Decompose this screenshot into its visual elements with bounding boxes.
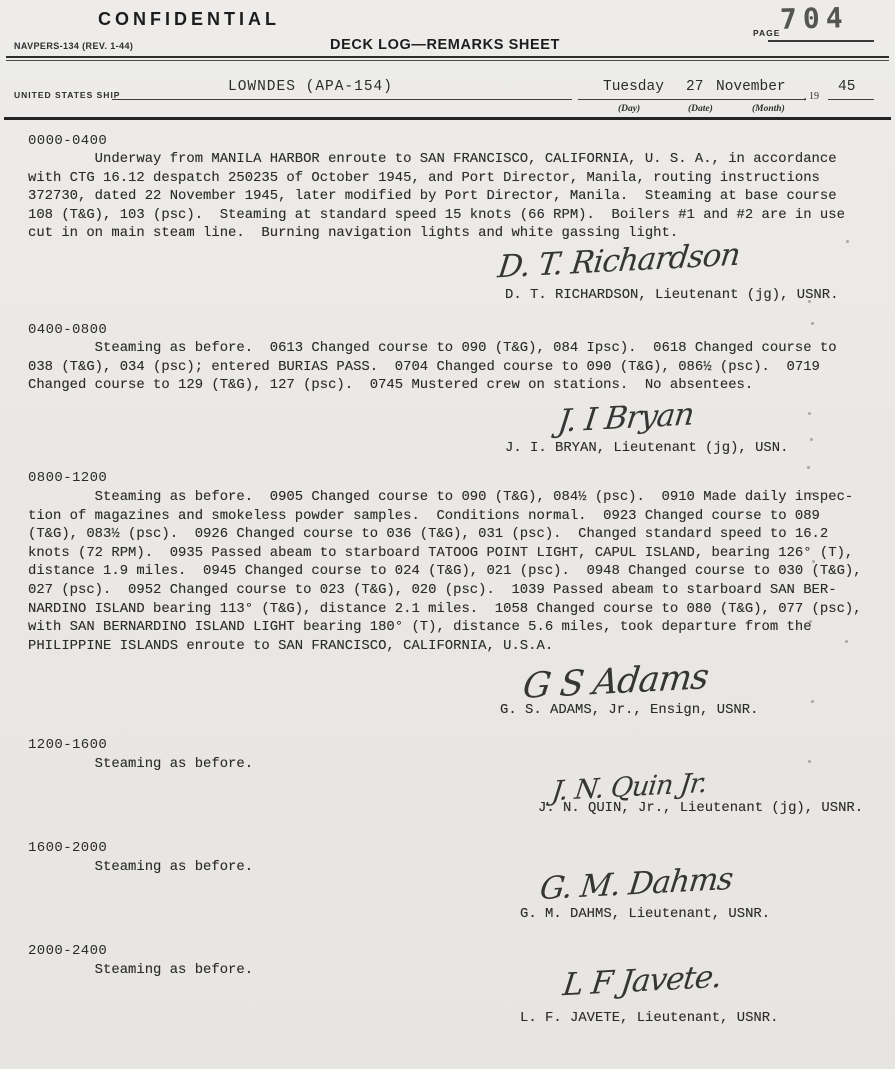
form-number: NAVPERS-134 (REV. 1-44) [14,41,133,51]
log-entry-1200-1600: Steaming as before. [28,755,887,774]
page-number-stamp: 704 [780,1,849,36]
scan-speck [808,760,811,763]
log-entry-0400-0800: Steaming as before. 0613 Changed course … [28,339,887,395]
log-entry-0800-1200: Steaming as before. 0905 Changed course … [28,488,887,655]
watch-header-1200-1600: 1200-1600 [28,737,107,753]
log-line: Underway from MANILA HARBOR enroute to S… [28,150,887,169]
header-rule-bottom [6,60,889,61]
signature-script-bryan: J. I Bryan [556,396,696,439]
watch-header-0400-0800: 0400-0800 [28,322,107,338]
signature-script-javete: L F Javete. [561,959,723,1004]
log-line: Steaming as before. 0905 Changed course … [28,488,887,507]
scan-speck [811,700,814,703]
scan-speck [808,412,811,415]
log-line: Steaming as before. 0613 Changed course … [28,339,887,358]
ship-name-underline [112,99,572,100]
log-line: 038 (T&G), 034 (psc); entered BURIAS PAS… [28,358,887,377]
watch-header-0800-1200: 0800-1200 [28,470,107,486]
ship-label: UNITED STATES SHIP [14,90,120,100]
page-number-underline [768,40,874,42]
signature-script-adams: G S Adams [521,657,711,707]
watch-header-1600-2000: 1600-2000 [28,840,107,856]
scan-speck [810,492,813,495]
ship-name: LOWNDES (APA-154) [228,79,393,95]
scan-speck [845,640,848,643]
date-month-value: November [716,79,786,95]
log-line: with SAN BERNARDINO ISLAND LIGHT bearing… [28,618,887,637]
log-line: Steaming as before. [28,961,887,980]
scan-speck [809,620,812,623]
watch-header-0000-0400: 0000-0400 [28,133,107,149]
log-line: distance 1.9 miles. 0945 Changed course … [28,562,887,581]
date-caption: (Date) [688,104,713,114]
scan-speck [811,322,814,325]
log-line: tion of magazines and smokeless powder s… [28,507,887,526]
date-day-value: Tuesday [603,79,664,95]
signature-typed-dahms: G. M. DAHMS, Lieutenant, USNR. [520,906,770,922]
scan-speck [846,240,849,243]
date-year-value: 45 [838,79,855,95]
log-line: Steaming as before. [28,755,887,774]
year-prefix: , 19 [804,91,819,102]
day-caption: (Day) [618,104,640,114]
log-line: 372730, dated 22 November 1945, later mo… [28,187,887,206]
log-line: PHILIPPINE ISLANDS enroute to SAN FRANCI… [28,637,887,656]
month-caption: (Month) [752,104,785,114]
log-line: 027 (psc). 0952 Changed course to 023 (T… [28,581,887,600]
log-line: Changed course to 129 (T&G), 127 (psc). … [28,376,887,395]
scan-speck [812,560,815,563]
header-rule-top [6,56,889,58]
signature-script-richardson: D. T. Richardson [496,237,742,286]
log-entry-1600-2000: Steaming as before. [28,858,887,877]
log-line: 108 (T&G), 103 (psc). Steaming at standa… [28,206,887,225]
document-title: DECK LOG—REMARKS SHEET [250,37,640,53]
log-line: Steaming as before. [28,858,887,877]
log-entry-2000-2400: Steaming as before. [28,961,887,980]
log-entry-0000-0400: Underway from MANILA HARBOR enroute to S… [28,150,887,243]
page-label: PAGE [753,28,780,38]
classification-stamp: CONFIDENTIAL [98,9,280,30]
signature-typed-bryan: J. I. BRYAN, Lieutenant (jg), USN. [505,440,788,456]
scan-speck [807,466,810,469]
signature-typed-richardson: D. T. RICHARDSON, Lieutenant (jg), USNR. [505,287,838,303]
year-underline [828,99,874,100]
log-line: knots (72 RPM). 0935 Passed abeam to sta… [28,544,887,563]
deck-log-remarks-sheet: CONFIDENTIAL 704 PAGE NAVPERS-134 (REV. … [0,0,895,1069]
log-line: NARDINO ISLAND bearing 113° (T&G), dista… [28,600,887,619]
scan-speck [810,438,813,441]
signature-typed-javete: L. F. JAVETE, Lieutenant, USNR. [520,1010,778,1026]
date-date-value: 27 [686,79,703,95]
log-line: cut in on main steam line. Burning navig… [28,224,887,243]
log-line: (T&G), 083½ (psc). 0926 Changed course t… [28,525,887,544]
log-line: with CTG 16.12 despatch 250235 of Octobe… [28,169,887,188]
watch-header-2000-2400: 2000-2400 [28,943,107,959]
header-separator-rule [4,117,891,120]
date-underline [578,99,806,100]
